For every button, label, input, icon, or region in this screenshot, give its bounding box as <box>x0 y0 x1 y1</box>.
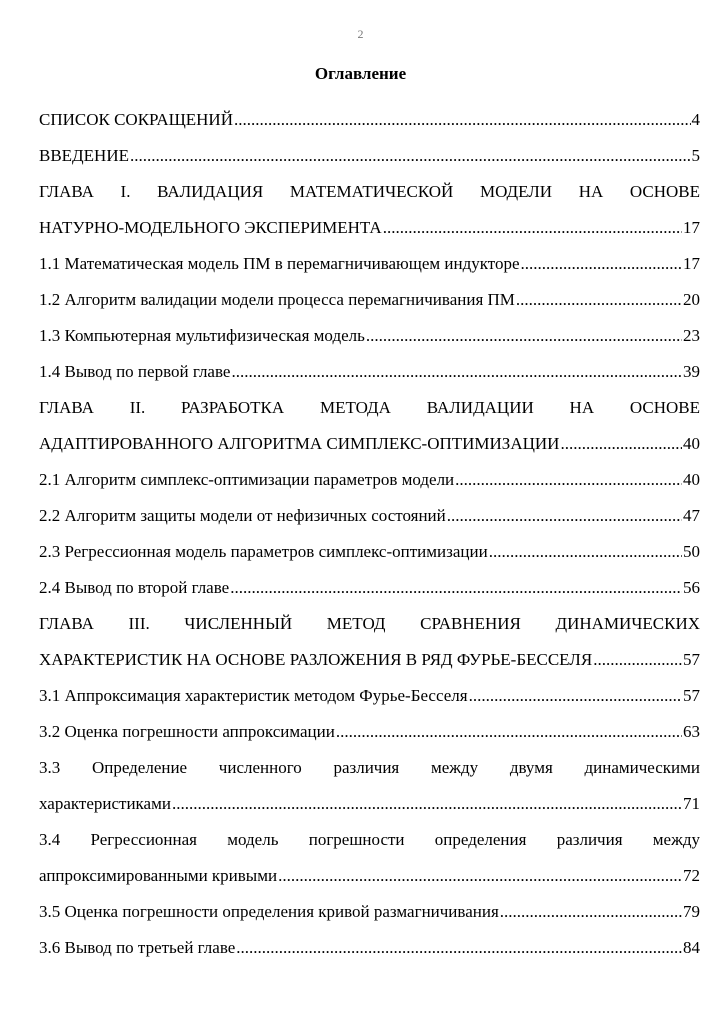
dot-leader <box>234 102 691 138</box>
dot-leader <box>455 462 682 498</box>
table-of-contents: СПИСОК СОКРАЩЕНИЙ4ВВЕДЕНИЕ5ГЛАВА I. ВАЛИ… <box>39 102 700 966</box>
toc-entry[interactable]: 3.6 Вывод по третьей главе84 <box>39 930 700 966</box>
toc-entry-page-number: 40 <box>683 426 700 462</box>
toc-entry[interactable]: 3.4 Регрессионная модель погрешности опр… <box>39 822 700 894</box>
toc-entry-page-number: 72 <box>683 858 700 894</box>
toc-entry[interactable]: 2.4 Вывод по второй главе56 <box>39 570 700 606</box>
toc-entry-title: 2.2 Алгоритм защиты модели от нефизичных… <box>39 498 446 534</box>
toc-entry-page-number: 23 <box>683 318 700 354</box>
toc-entry[interactable]: СПИСОК СОКРАЩЕНИЙ4 <box>39 102 700 138</box>
toc-entry-title: 1.3 Компьютерная мультифизическая модель <box>39 318 365 354</box>
toc-entry-title: 1.4 Вывод по первой главе <box>39 354 230 390</box>
toc-entry[interactable]: 1.2 Алгоритм валидации модели процесса п… <box>39 282 700 318</box>
toc-entry-title: 2.1 Алгоритм симплекс-оптимизации параме… <box>39 462 454 498</box>
dot-leader <box>560 426 682 462</box>
toc-entry-title-line: 3.3 Определение численного различия межд… <box>39 750 700 786</box>
page-number: 2 <box>0 27 721 42</box>
toc-entry[interactable]: 1.1 Математическая модель ПМ в перемагни… <box>39 246 700 282</box>
toc-entry[interactable]: 1.3 Компьютерная мультифизическая модель… <box>39 318 700 354</box>
toc-entry-page-number: 57 <box>683 642 700 678</box>
dot-leader <box>500 894 682 930</box>
toc-entry[interactable]: 2.3 Регрессионная модель параметров симп… <box>39 534 700 570</box>
toc-entry[interactable]: 2.2 Алгоритм защиты модели от нефизичных… <box>39 498 700 534</box>
toc-entry[interactable]: ГЛАВА II. РАЗРАБОТКА МЕТОДА ВАЛИДАЦИИ НА… <box>39 390 700 462</box>
toc-entry-title: 2.3 Регрессионная модель параметров симп… <box>39 534 488 570</box>
toc-entry[interactable]: 3.1 Аппроксимация характеристик методом … <box>39 678 700 714</box>
toc-entry-title: 3.5 Оценка погрешности определения криво… <box>39 894 499 930</box>
dot-leader <box>130 138 691 174</box>
toc-entry[interactable]: ГЛАВА I. ВАЛИДАЦИЯ МАТЕМАТИЧЕСКОЙ МОДЕЛИ… <box>39 174 700 246</box>
dot-leader <box>230 570 682 606</box>
toc-entry-page-number: 63 <box>683 714 700 750</box>
toc-entry-page-number: 5 <box>692 138 701 174</box>
dot-leader <box>336 714 682 750</box>
toc-entry-title: характеристиками <box>39 786 171 822</box>
toc-entry[interactable]: ВВЕДЕНИЕ5 <box>39 138 700 174</box>
toc-entry[interactable]: 1.4 Вывод по первой главе39 <box>39 354 700 390</box>
toc-entry-title: 2.4 Вывод по второй главе <box>39 570 229 606</box>
toc-entry-page-number: 20 <box>683 282 700 318</box>
toc-title: Оглавление <box>0 64 721 84</box>
toc-entry-title: АДАПТИРОВАННОГО АЛГОРИТМА СИМПЛЕКС-ОПТИМ… <box>39 426 559 462</box>
toc-entry-page-number: 71 <box>683 786 700 822</box>
toc-entry-title-line: ГЛАВА III. ЧИСЛЕННЫЙ МЕТОД СРАВНЕНИЯ ДИН… <box>39 606 700 642</box>
toc-entry-title: 3.6 Вывод по третьей главе <box>39 930 235 966</box>
toc-entry-page-number: 4 <box>692 102 701 138</box>
toc-entry-page-number: 84 <box>683 930 700 966</box>
dot-leader <box>278 858 682 894</box>
dot-leader <box>366 318 682 354</box>
toc-entry-page-number: 79 <box>683 894 700 930</box>
toc-entry[interactable]: ГЛАВА III. ЧИСЛЕННЫЙ МЕТОД СРАВНЕНИЯ ДИН… <box>39 606 700 678</box>
dot-leader <box>593 642 682 678</box>
toc-entry-title: НАТУРНО-МОДЕЛЬНОГО ЭКСПЕРИМЕНТА <box>39 210 382 246</box>
toc-entry-title: ХАРАКТЕРИСТИК НА ОСНОВЕ РАЗЛОЖЕНИЯ В РЯД… <box>39 642 592 678</box>
dot-leader <box>489 534 682 570</box>
dot-leader <box>172 786 682 822</box>
dot-leader <box>516 282 682 318</box>
toc-entry-title: ВВЕДЕНИЕ <box>39 138 129 174</box>
dot-leader <box>236 930 682 966</box>
toc-entry-page-number: 47 <box>683 498 700 534</box>
toc-entry-page-number: 17 <box>683 246 700 282</box>
toc-entry[interactable]: 3.3 Определение численного различия межд… <box>39 750 700 822</box>
toc-entry[interactable]: 2.1 Алгоритм симплекс-оптимизации параме… <box>39 462 700 498</box>
toc-entry-page-number: 56 <box>683 570 700 606</box>
toc-entry-title-line: ГЛАВА II. РАЗРАБОТКА МЕТОДА ВАЛИДАЦИИ НА… <box>39 390 700 426</box>
toc-entry-page-number: 57 <box>683 678 700 714</box>
toc-entry[interactable]: 3.2 Оценка погрешности аппроксимации63 <box>39 714 700 750</box>
toc-entry-title: 3.1 Аппроксимация характеристик методом … <box>39 678 468 714</box>
toc-entry[interactable]: 3.5 Оценка погрешности определения криво… <box>39 894 700 930</box>
toc-entry-page-number: 50 <box>683 534 700 570</box>
toc-entry-title: СПИСОК СОКРАЩЕНИЙ <box>39 102 233 138</box>
toc-entry-title: 1.1 Математическая модель ПМ в перемагни… <box>39 246 520 282</box>
toc-entry-title: аппроксимированными кривыми <box>39 858 277 894</box>
toc-entry-page-number: 39 <box>683 354 700 390</box>
toc-entry-page-number: 40 <box>683 462 700 498</box>
toc-entry-page-number: 17 <box>683 210 700 246</box>
dot-leader <box>469 678 682 714</box>
toc-entry-title-line: ГЛАВА I. ВАЛИДАЦИЯ МАТЕМАТИЧЕСКОЙ МОДЕЛИ… <box>39 174 700 210</box>
dot-leader <box>231 354 682 390</box>
dot-leader <box>447 498 682 534</box>
toc-entry-title: 3.2 Оценка погрешности аппроксимации <box>39 714 335 750</box>
dot-leader <box>383 210 682 246</box>
toc-entry-title: 1.2 Алгоритм валидации модели процесса п… <box>39 282 515 318</box>
toc-entry-title-line: 3.4 Регрессионная модель погрешности опр… <box>39 822 700 858</box>
dot-leader <box>521 246 682 282</box>
